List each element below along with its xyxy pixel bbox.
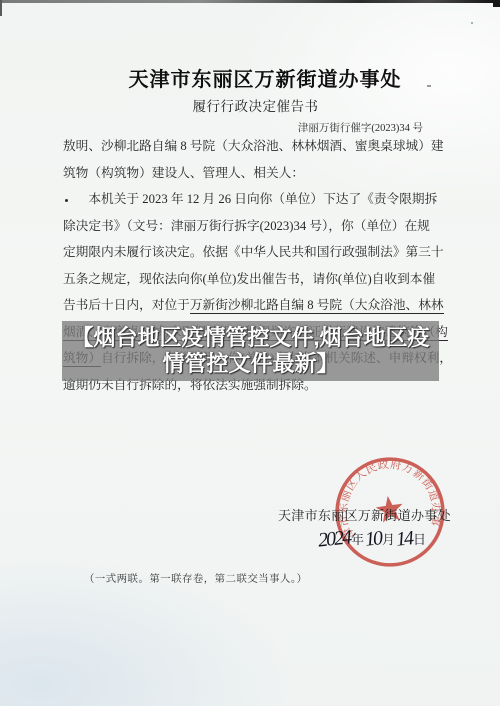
body-line: 五条之规定，现依法向你(单位)发出催告书，请你(单位)自收到本催 — [63, 266, 455, 293]
signature-org: 天津市东丽区万新街道办事处 — [278, 505, 458, 524]
handwritten-month: 10 — [364, 527, 382, 552]
document-title: 天津市东丽区万新街道办事处 — [69, 63, 461, 92]
scan-edge-corner — [493, 0, 500, 7]
body-text-segment: 告书后十日内，对位于 — [63, 298, 190, 312]
body-text-segment: 筑物（构筑物）建设人、管理人、相关人： — [63, 166, 304, 180]
watermark-line-1: 【烟台地区疫情管控文件,烟台地区疫 — [71, 325, 429, 351]
handwritten-year: 2024 — [317, 526, 351, 552]
scan-edge-top — [0, 0, 500, 3]
body-text-segment: 五条之规定，现依法向你(单位)发出催告书，请你(单位)自收到本催 — [63, 272, 435, 286]
scan-edge-left — [0, 0, 2, 16]
scan-speck — [471, 22, 473, 24]
handwritten-day: 14 — [395, 527, 413, 552]
signature-date: 2024年10月14日 — [318, 527, 448, 550]
watermark-line-2: 情管控文件最新】 — [162, 351, 338, 377]
copies-note: （一式两联。第一联存卷，第二联交当事人。） — [84, 570, 308, 585]
body-text-segment: 本机关于 2023 年 12 月 26 日向你（单位）下达了《责令限期拆 — [63, 192, 437, 206]
body-line: 筑物（构筑物）建设人、管理人、相关人： — [63, 160, 455, 187]
watermark-overlay-banner: 【烟台地区疫情管控文件,烟台地区疫 情管控文件最新】 — [62, 321, 439, 381]
body-line: 敖明、沙柳北路自编 8 号院（大众浴池、林林烟酒、蜜奥桌球城）建 — [63, 133, 455, 160]
body-text-segment: 敖明、沙柳北路自编 8 号院（大众浴池、林林烟酒、蜜奥桌球城）建 — [63, 139, 444, 153]
body-line: 本机关于 2023 年 12 月 26 日向你（单位）下达了《责令限期拆 — [63, 186, 455, 213]
month-unit: 月 — [382, 529, 395, 548]
body-line: 定期限内未履行该决定。依据《中华人民共和国行政强制法》第三十 — [63, 239, 455, 266]
body-line: 告书后十日内，对位于万新街沙柳北路自编 8 号院（大众浴池、林林 — [63, 292, 455, 319]
body-text-segment: 除决定书》（文号：津丽万街行拆字(2023)34 号），你（单位）在规 — [63, 219, 430, 233]
body-line: 除决定书》（文号：津丽万街行拆字(2023)34 号），你（单位）在规 — [63, 213, 455, 240]
body-text-segment: 定期限内未履行该决定。依据《中华人民共和国行政强制法》第三十 — [63, 245, 444, 259]
year-unit: 年 — [351, 529, 364, 548]
ink-speck — [65, 199, 68, 202]
scanned-document-page: 天津市东丽区万新街道办事处 履行行政决定催告书 津丽万街行催字(2023)34 … — [0, 0, 500, 706]
day-unit: 日 — [413, 529, 426, 548]
document-subtitle: 履行行政决定催告书 — [63, 95, 448, 115]
underlined-text: 万新街沙柳北路自编 8 号院（大众浴池、林林 — [190, 298, 444, 314]
scan-speck — [427, 85, 431, 87]
